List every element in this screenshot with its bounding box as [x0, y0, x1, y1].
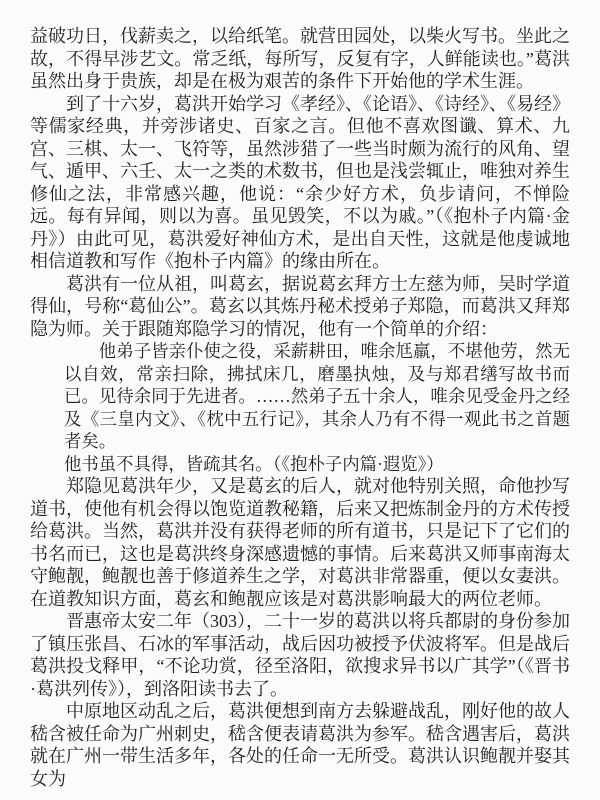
- block-quote-zheng-yin-study: 他弟子皆亲仆使之役，采薪耕田，唯余尪羸，不堪他劳，然无以自效，常亲扫除，拂拭床几…: [64, 340, 570, 475]
- quote-disciples-text: 他弟子皆亲仆使之役，采薪耕田，唯余尪羸，不堪他劳，然无以自效，常亲扫除，拂拭床几…: [64, 340, 570, 453]
- quote-citation-xialan: 他书虽不具得，皆疏其名。（《抱朴子内篇·遐览》）: [64, 453, 570, 476]
- paragraph-ge-xuan-lineage: 葛洪有一位从祖，叫葛玄，据说葛玄拜方士左慈为师，吴时学道得仙，号称“葛仙公”。葛…: [30, 273, 570, 341]
- paragraph-move-south-guangzhou: 中原地区动乱之后，葛洪便想到南方去躲避战乱，刚好他的故人嵇含被任命为广州刺史，嵇…: [30, 700, 570, 790]
- paragraph-military-service-303: 晋惠帝太安二年（303），二十一岁的葛洪以将兵都尉的身份参加了镇压张昌、石冰的军…: [30, 610, 570, 700]
- paragraph-education-and-arts: 到了十六岁，葛洪开始学习《孝经》、《论语》、《诗经》、《易经》等儒家经典，并旁涉…: [30, 93, 570, 273]
- paragraph-zheng-yin-and-bao-jing: 郑隐见葛洪年少，又是葛玄的后人，就对他特别关照，命他抄写道书，使他有机会得以饱览…: [30, 475, 570, 610]
- paragraph-continuation-hardship: 益破功日，伐薪卖之，以给纸笔。就营田园处，以柴火写书。坐此之故，不得早涉艺文。常…: [30, 25, 570, 93]
- document-page: 益破功日，伐薪卖之，以给纸笔。就营田园处，以柴火写书。坐此之故，不得早涉艺文。常…: [0, 0, 600, 800]
